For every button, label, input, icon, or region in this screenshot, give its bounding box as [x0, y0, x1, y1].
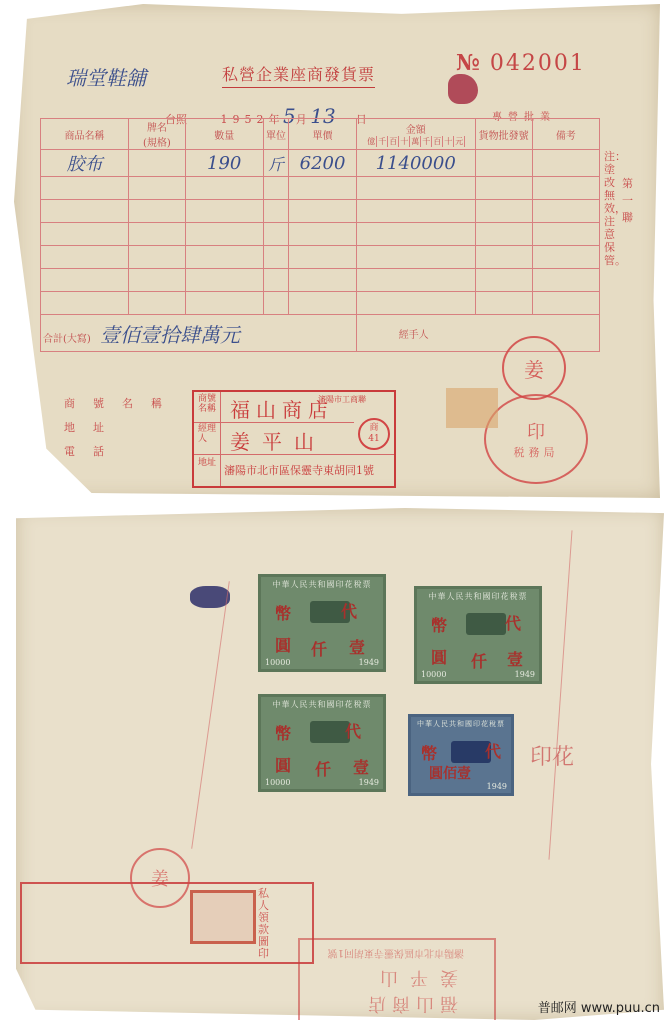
col-unit-price: 單價: [289, 119, 356, 150]
amount-digit-label: 千: [421, 136, 432, 147]
cancel-mark: 印花: [530, 740, 574, 771]
amount-digit-label: 百: [432, 136, 443, 147]
revenue-stamp-3: 中華人民共和國印花稅票 幣代 圓仟壹 100001949: [258, 694, 386, 792]
tax-bureau-seal: 印税務局: [484, 394, 588, 484]
shop-stamp: 商號名稱 福山商店 經理人 姜平山 地址 瀋陽市北市區保靈寺東胡同1號 瀋陽市工…: [192, 390, 396, 488]
handwritten-buyer: 瑞堂鞋舖: [66, 62, 146, 91]
revenue-stamp-1: 中華人民共和國印花稅票 幣代 圓仟壹 100001949: [258, 574, 386, 672]
table-row: 胶布 190 斤 6200 1140000: [41, 150, 600, 177]
side-note: 注：塗改無效，注意保管。: [604, 150, 616, 267]
shop-fields: 商號名稱 地址 電話: [64, 392, 180, 464]
registration-code: 商41: [358, 418, 390, 450]
ink-blot: [448, 74, 478, 104]
table-header-row: 商品名稱 牌名(規格) 數量 單位 單價 金額億千百十萬千百十元 貨物批發號 備…: [41, 119, 600, 150]
handler-label: 經手人: [399, 330, 429, 341]
revenue-stamp-2: 中華人民共和國印花稅票 幣代 圓仟壹 100001949: [414, 586, 542, 684]
col-item-name: 商品名稱: [41, 119, 129, 150]
shop-address: 瀋陽市北市區保靈寺東胡同1號: [224, 462, 374, 478]
invoice-title: 私營企業座商發貨票: [222, 62, 375, 88]
col-delivery: 貨物批發號: [475, 119, 532, 150]
amount-digit-label: 十: [443, 136, 454, 147]
invoice-table: 商品名稱 牌名(規格) 數量 單位 單價 金額億千百十萬千百十元 貨物批發號 備…: [40, 118, 600, 352]
amount-digit-label: 萬: [410, 136, 421, 147]
shop-manager: 姜平山: [230, 426, 326, 455]
site-watermark: 普邮网 www.puu.cn: [538, 997, 660, 1016]
red-round-seal: 姜: [502, 336, 566, 400]
red-round-seal-2: 姜: [130, 848, 190, 908]
revenue-stamp-4: 中華人民共和國印花稅票 幣代 圓佰壹 1949: [408, 714, 514, 796]
col-amount: 金額億千百十萬千百十元: [356, 119, 475, 150]
ink-blot: [190, 586, 230, 608]
col-quantity: 數量: [185, 119, 263, 150]
col-unit: 單位: [263, 119, 289, 150]
amount-digit-label: 元: [454, 136, 465, 147]
col-brand: 牌名(規格): [128, 119, 185, 150]
amount-digit-label: 百: [388, 136, 399, 147]
total-label: 合計(大寫): [43, 334, 91, 345]
square-seal: [190, 890, 256, 944]
tape-mark: [446, 388, 498, 428]
number-sign: №: [456, 50, 482, 76]
total-written: 壹佰壹拾肆萬元: [100, 323, 240, 347]
amount-digit-label: 十: [399, 136, 410, 147]
amount-digit-label: 億: [366, 136, 377, 147]
shop-stamp-reversed: 福山商店 姜平山 瀋陽市北市區保靈寺東胡同1號: [298, 938, 496, 1020]
col-remarks: 備考: [532, 119, 599, 150]
serial-number: №042001: [456, 50, 586, 76]
copy-label: 第一聯: [622, 175, 634, 226]
amount-digit-label: 千: [377, 136, 388, 147]
